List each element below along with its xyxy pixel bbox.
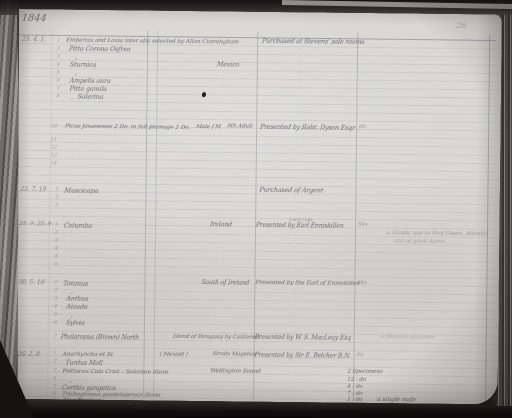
ditto-dot: · — [294, 371, 296, 376]
entry-code: 30. 5. 19 — [18, 280, 45, 286]
ditto-dot: · — [71, 138, 73, 143]
ditto-dot: · — [299, 63, 301, 68]
species-extra: ( Mexiatl ) — [159, 353, 188, 359]
ditto-mark: „ — [74, 55, 78, 61]
locality-text: South of Ireland — [201, 280, 250, 287]
register-page: 18442625. 4. 1.12345678Emberiza and Loxi… — [12, 9, 502, 404]
acquisition-text: Presented by Robt. Dyson Esqr — [260, 125, 356, 132]
ditto-dot: · — [295, 146, 297, 151]
ditto-dot: · — [294, 389, 296, 394]
ditto-dot: · — [70, 239, 72, 244]
ditto-dot: · — [71, 146, 73, 151]
locality-text: Ireland — [210, 222, 233, 228]
ditto-dot: · — [214, 320, 216, 325]
column-mark: Sks — [358, 223, 368, 229]
ditto-dot: · — [294, 362, 296, 367]
ditto-dot: · — [299, 79, 301, 84]
item-number: 3 — [54, 296, 58, 301]
ditto-dot: · — [294, 380, 296, 385]
item-number: 6 — [54, 262, 58, 267]
ditto-mark: „ — [70, 95, 74, 101]
item-number: 2 — [54, 230, 58, 235]
item-number: 8 — [56, 94, 60, 99]
note-text: a Ganda que to Prof Owen, Atlantic — [386, 231, 487, 238]
ditto-dot: · — [222, 86, 224, 91]
item-number: 13 — [50, 153, 57, 158]
ditto-dot: · — [147, 154, 149, 159]
item-number: 4 — [56, 62, 60, 67]
ditto-dot: · — [294, 297, 296, 302]
species-text: Sylvia — [65, 321, 84, 327]
item-number: 2 — [54, 288, 58, 293]
species-text: Totanus — [63, 281, 89, 288]
entry-code: 25. 9. 25. 9 — [19, 222, 52, 228]
species-text: Anarhyncha et St — [62, 353, 113, 359]
item-number: 1 — [53, 352, 57, 357]
ditto-dot: · — [299, 95, 301, 100]
item-number: 1 — [55, 187, 59, 192]
acquisition-text: Presented by the Earl of Enniskillen — [255, 281, 360, 288]
ditto-mark: „ — [74, 71, 78, 77]
ditto-dot: · — [71, 196, 73, 201]
ditto-dot: · — [70, 263, 72, 268]
entry-code: 26. 2. 8 — [17, 352, 40, 358]
count-text: 12 : do — [347, 378, 367, 384]
entry-code: 25. 4. 1. — [22, 37, 47, 43]
species-text: Anthus — [66, 297, 89, 304]
item-number: 14 — [50, 161, 57, 166]
ditto-dot: · — [215, 296, 217, 301]
species-text: Psittacus Cala Crist – Solomon Store — [62, 370, 169, 377]
ditto-dot: · — [215, 262, 217, 267]
sex-note: Male f M — [196, 125, 221, 131]
ditto-dot: · — [147, 162, 149, 167]
page-number: 26 — [456, 22, 467, 30]
ditto-dot: · — [295, 162, 297, 167]
ditto-dot: · — [70, 231, 72, 236]
item-number: 12 — [50, 145, 57, 150]
item-number: 6 — [56, 78, 60, 83]
item-number: 11 — [50, 137, 57, 142]
column-mark: do — [359, 125, 366, 130]
ditto-dot: · — [294, 255, 296, 260]
ditto-dot: · — [222, 78, 224, 83]
ditto-dot: · — [294, 247, 296, 252]
acquisition-text: Presented by Sir E. Belcher R.N. — [254, 353, 351, 360]
ditto-dot: · — [236, 378, 238, 383]
species-text: Sturnica — [69, 63, 96, 70]
ditto-dot: · — [215, 230, 217, 235]
species-text: Picus Javanensis 2 Do. in full plumage 2… — [65, 125, 191, 132]
item-number: 10 — [51, 124, 58, 129]
species-text: Turdus Moll — [65, 361, 103, 368]
ditto-dot: · — [294, 305, 296, 310]
ditto-dot: · — [294, 313, 296, 318]
ditto-dot: · — [299, 71, 301, 76]
acquisition-smallword: Lord Cole — [289, 219, 313, 224]
locality-text: Island of Paraguay by California — [172, 335, 259, 341]
locality-text: Mexico — [216, 62, 239, 69]
ditto-dot: · — [215, 246, 217, 251]
ditto-dot: · — [294, 231, 296, 236]
item-number: 3 — [53, 369, 57, 374]
species-text: Columba — [64, 223, 93, 230]
year-label: 1844 — [21, 14, 47, 24]
locality-text: Wellington Sound — [210, 369, 261, 375]
item-number: 2 — [57, 46, 61, 51]
ditto-dot: · — [294, 239, 296, 244]
item-number: 4 — [54, 246, 58, 251]
item-number: 1 — [55, 222, 59, 227]
ditto-mark: „ — [69, 313, 73, 319]
species-text: Pitta Corona Osfrea — [69, 47, 131, 54]
item-number: 3 — [56, 54, 60, 59]
ditto-dot: · — [222, 70, 224, 75]
ditto-dot: · — [215, 238, 217, 243]
register-photo: 18442625. 4. 1.12345678Emberiza and Loxi… — [0, 0, 512, 418]
species-text: Muscicapa — [64, 188, 99, 195]
ditto-dot: · — [147, 138, 149, 143]
ditto-mark: „ — [70, 289, 74, 295]
item-number: 2 — [55, 195, 59, 200]
acquisition-text: Purchased of Argent — [259, 188, 324, 195]
ditto-dot: · — [294, 397, 296, 402]
age-note: 9th Adult — [227, 124, 253, 130]
item-number: 3 — [55, 203, 59, 208]
ditto-dot: · — [294, 263, 296, 268]
ditto-dot: · — [299, 87, 301, 92]
note-text: a single male — [377, 397, 417, 403]
ditto-dot: · — [215, 254, 217, 259]
item-number: 7 — [53, 334, 57, 339]
item-number: 5 — [56, 70, 60, 75]
acquisition-text: Presented by W. S. MacLeay Esq — [254, 335, 351, 342]
item-number: 2 — [53, 360, 57, 365]
ditto-dot: · — [236, 386, 238, 391]
item-number: 5 — [53, 385, 57, 390]
item-number: 3 — [54, 238, 58, 243]
species-text: Ampelis aura — [69, 79, 111, 86]
ditto-dot: · — [294, 204, 296, 209]
ditto-dot: · — [215, 304, 217, 309]
item-number: 4 — [54, 304, 58, 309]
ditto-dot: · — [294, 289, 296, 294]
species-text: Alauda — [66, 305, 88, 312]
item-number: 1 — [54, 280, 58, 285]
item-number: 4 — [53, 377, 57, 382]
species-text: Phalaropus (Brown) North — [60, 335, 139, 342]
note-text: and of great Apres — [393, 239, 445, 245]
handwriting-layer: 18442625. 4. 1.12345678Emberiza and Loxi… — [12, 9, 502, 404]
species-text: Solerina — [77, 95, 104, 102]
ditto-mark: „ — [69, 378, 73, 384]
ditto-dot: · — [295, 154, 297, 159]
column-mark: Sks — [357, 281, 367, 287]
count-text: 2 Specimens — [347, 370, 383, 376]
species-text: Pitta gamila — [69, 87, 107, 94]
column-mark: do — [356, 353, 363, 358]
ditto-dot: · — [71, 162, 73, 167]
ditto-dot: · — [300, 47, 302, 52]
item-number: 6 — [53, 320, 57, 325]
acquisition-text: Purchased at Stevens' sale rooms — [262, 39, 365, 46]
ditto-dot: · — [299, 55, 301, 60]
ditto-dot: · — [294, 196, 296, 201]
ditto-dot: · — [147, 146, 149, 151]
ditto-dot: · — [215, 288, 217, 293]
item-number: 5 — [54, 312, 58, 317]
locality-text: Straits Magellan — [212, 352, 257, 358]
ditto-dot: · — [70, 255, 72, 260]
ditto-dot: · — [295, 138, 297, 143]
ditto-dot: · — [215, 312, 217, 317]
note-text: a Mexican specimen — [380, 335, 435, 341]
ditto-dot: · — [71, 204, 73, 209]
entry-code: 25. 7. 19 — [20, 187, 47, 193]
ditto-dot: · — [70, 247, 72, 252]
count-text: 4 : do — [347, 385, 363, 391]
item-number: 1 — [57, 38, 61, 43]
ditto-dot: · — [71, 154, 73, 159]
item-number: 5 — [54, 254, 58, 259]
item-number: 7 — [56, 86, 60, 91]
ditto-dot: · — [293, 321, 295, 326]
count-text: 1 : do — [347, 398, 363, 404]
